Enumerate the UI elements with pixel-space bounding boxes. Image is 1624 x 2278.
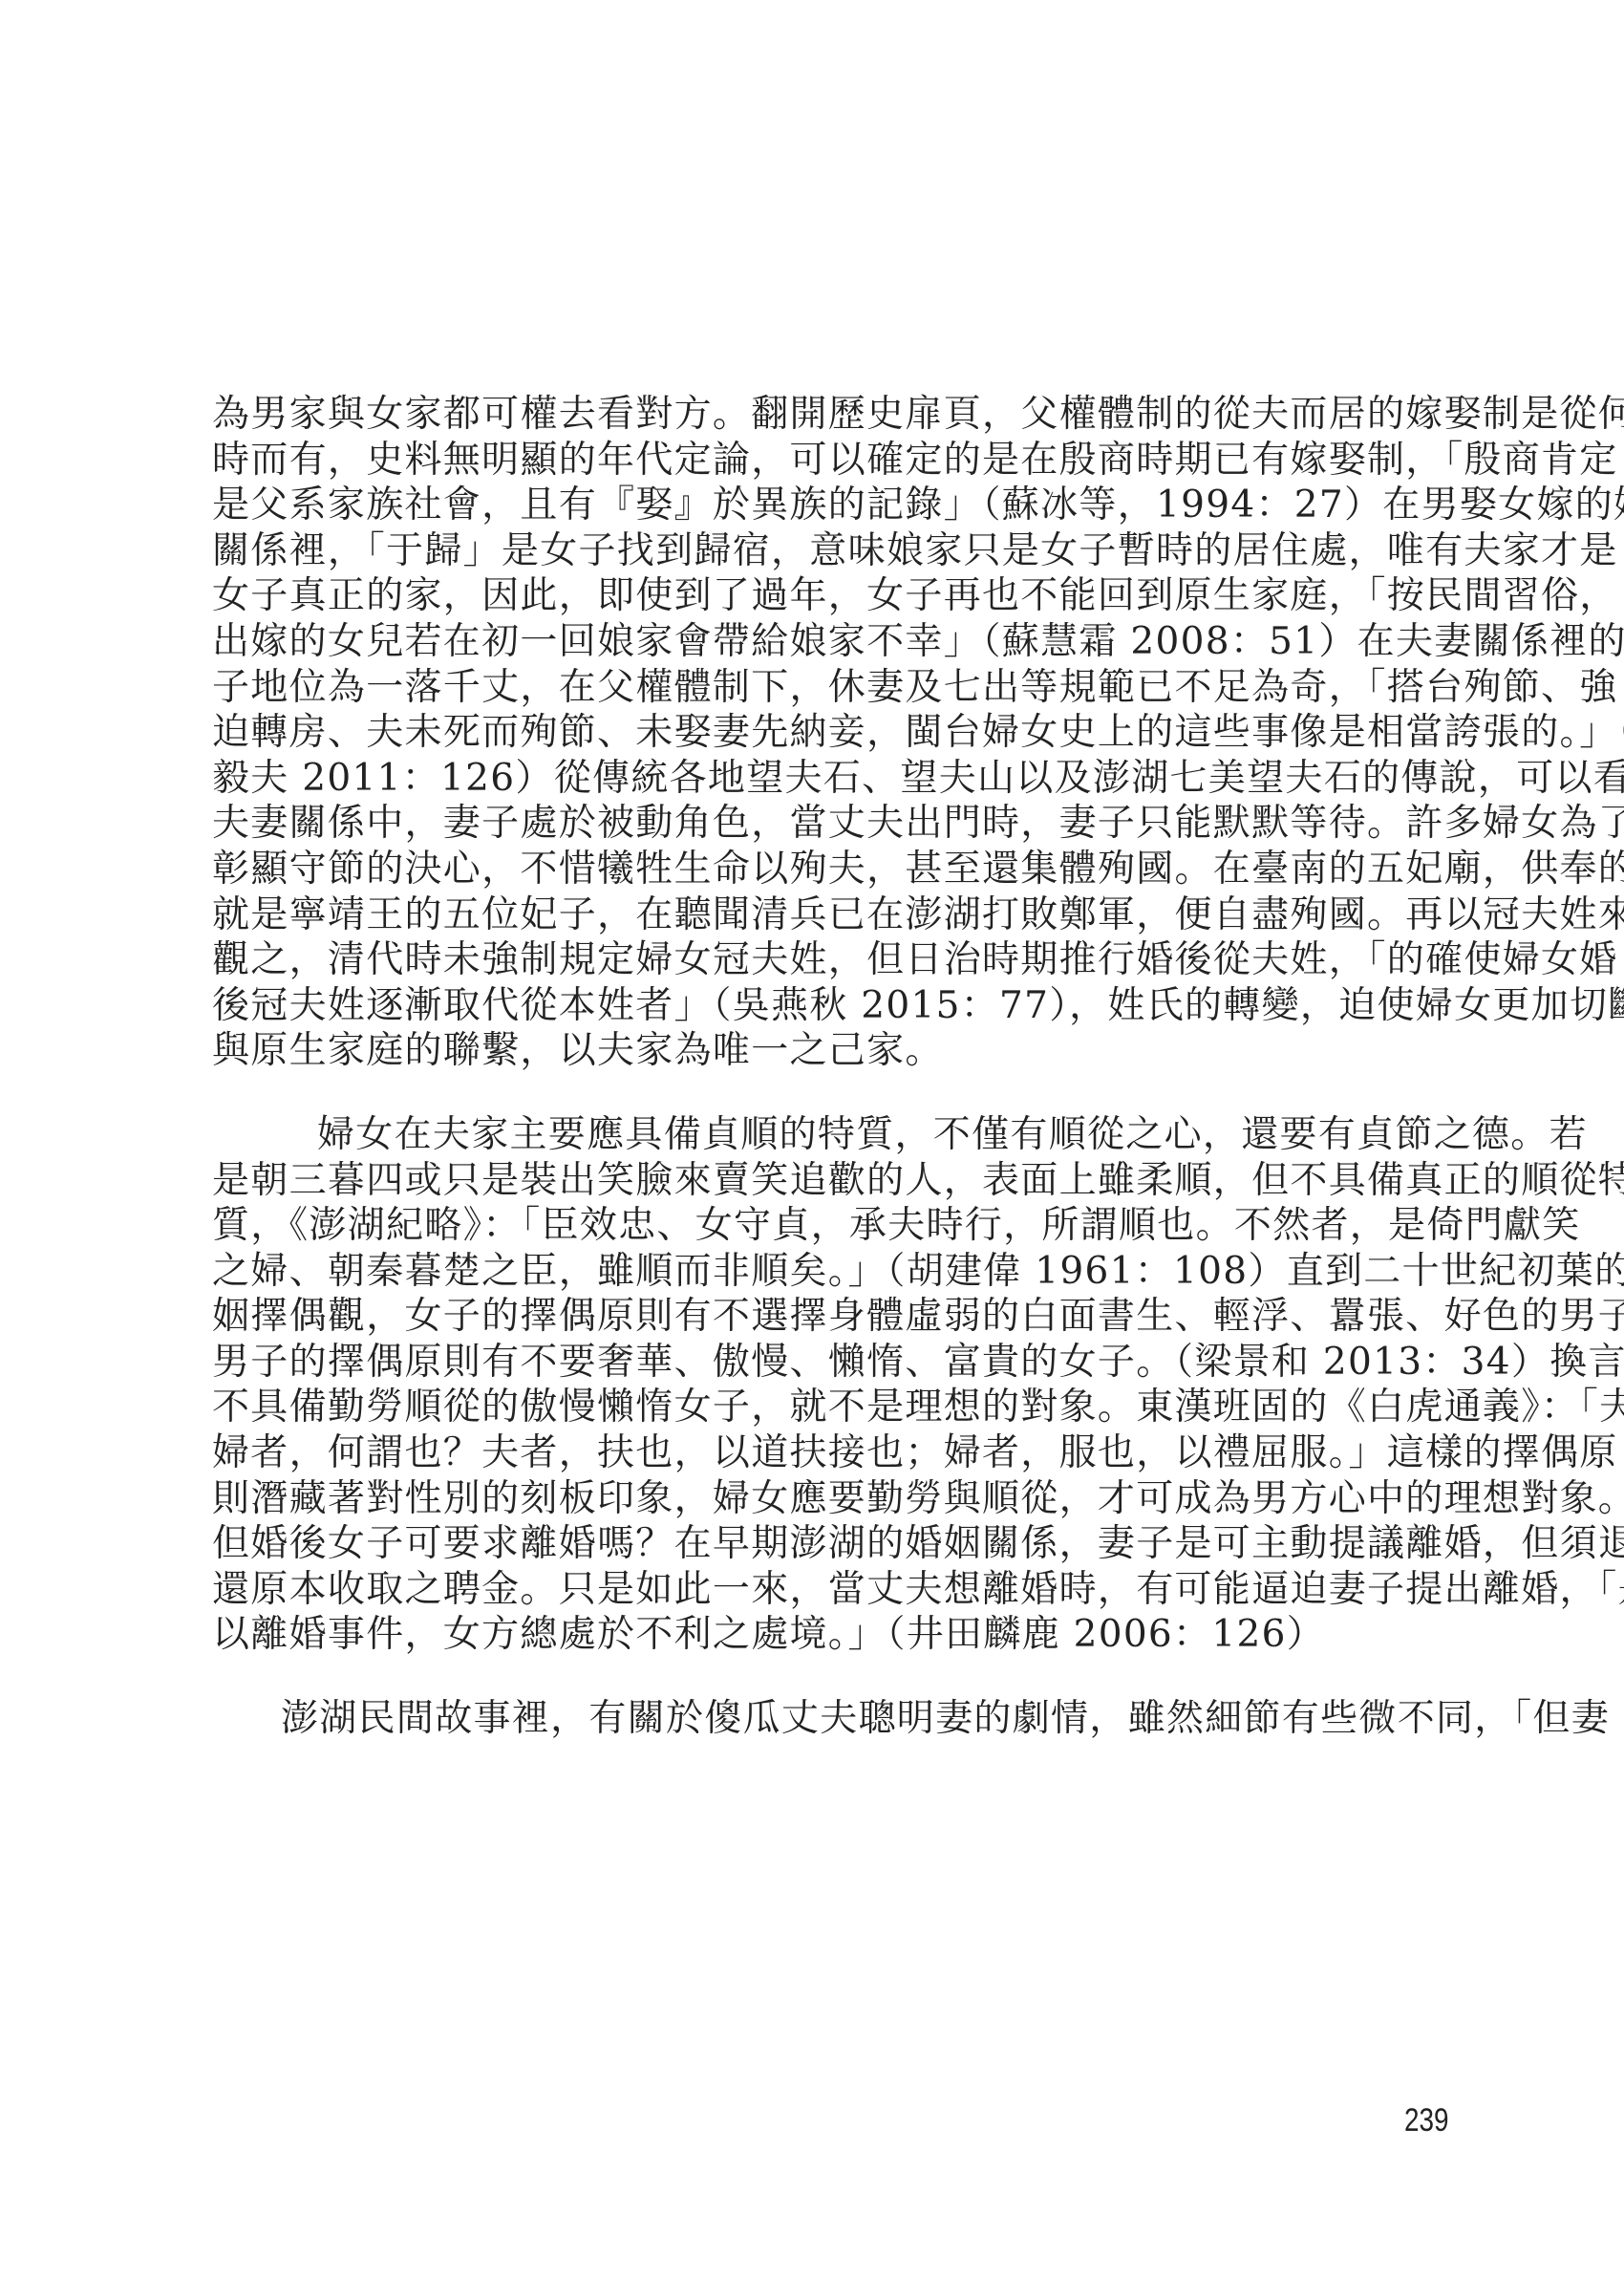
text-line: 是朝三暮四或只是裝出笑臉來賣笑追歡的人，表面上雖柔順，但不具備真正的順從特 xyxy=(212,1158,1444,1204)
text-line: 以離婚事件，女方總處於不利之處境。」（井田麟鹿 2006：126） xyxy=(212,1612,1444,1658)
text-line: 姻擇偶觀，女子的擇偶原則有不選擇身體虛弱的白面書生、輕浮、囂張、好色的男子， xyxy=(212,1294,1444,1340)
text-line: 質，《澎湖紀略》：「臣效忠、女守貞，承夫時行，所謂順也。不然者，是倚門獻笑 xyxy=(212,1203,1444,1249)
page-number: 239 xyxy=(1404,2102,1449,2139)
text-line: 時而有，史料無明顯的年代定論，可以確定的是在殷商時期已有嫁娶制，「殷商肯定 xyxy=(212,438,1444,484)
text-line: 是父系家族社會，且有『娶』於異族的記錄」（蘇冰等，1994：27）在男娶女嫁的婚… xyxy=(212,483,1444,528)
text-line: 毅夫 2011：126）從傳統各地望夫石、望夫山以及澎湖七美望夫石的傳說，可以看… xyxy=(212,756,1444,802)
paragraph-3: 澎湖民間故事裡，有關於傻瓜丈夫聰明妻的劇情，雖然細節有些微不同，「但妻 xyxy=(212,1696,1444,1742)
text-line: 則潛藏著對性別的刻板印象，婦女應要勤勞與順從，才可成為男方心中的理想對象。 xyxy=(212,1476,1444,1522)
text-line: 還原本收取之聘金。只是如此一來，當丈夫想離婚時，有可能逼迫妻子提出離婚，「是 xyxy=(212,1567,1444,1613)
text-line: 不具備勤勞順從的傲慢懶惰女子，就不是理想的對象。東漢班固的《白虎通義》：「夫 xyxy=(212,1385,1444,1430)
text-line: 但婚後女子可要求離婚嗎？在早期澎湖的婚姻關係，妻子是可主動提議離婚，但須退 xyxy=(212,1521,1444,1567)
text-line: 婦者，何謂也？夫者，扶也，以道扶接也；婦者，服也，以禮屈服。」這樣的擇偶原 xyxy=(212,1430,1444,1476)
text-line: 為男家與女家都可權去看對方。翻開歷史扉頁，父權體制的從夫而居的嫁娶制是從何 xyxy=(212,392,1444,438)
paragraph-spacer xyxy=(212,1658,1444,1696)
text-line: 出嫁的女兒若在初一回娘家會帶給娘家不幸」（蘇慧霜 2008：51）在夫妻關係裡的… xyxy=(212,619,1444,665)
text-line: 夫妻關係中，妻子處於被動角色，當丈夫出門時，妻子只能默默等待。許多婦女為了 xyxy=(212,801,1444,847)
text-line: 男子的擇偶原則有不要奢華、傲慢、懶惰、富貴的女子。（梁景和 2013：34）換言… xyxy=(212,1340,1444,1386)
text-line: 彰顯守節的決心，不惜犧牲生命以殉夫，甚至還集體殉國。在臺南的五妃廟，供奉的 xyxy=(212,847,1444,892)
text-line: 關係裡，「于歸」是女子找到歸宿，意味娘家只是女子暫時的居住處，唯有夫家才是 xyxy=(212,528,1444,574)
text-line: 就是寧靖王的五位妃子，在聽聞清兵已在澎湖打敗鄭軍，便自盡殉國。再以冠夫姓來 xyxy=(212,892,1444,938)
paragraph-spacer xyxy=(212,1074,1444,1112)
document-body: 為男家與女家都可權去看對方。翻開歷史扉頁，父權體制的從夫而居的嫁娶制是從何 時而… xyxy=(212,392,1444,1742)
text-line: 與原生家庭的聯繫，以夫家為唯一之己家。 xyxy=(212,1028,1444,1074)
text-line: 之婦、朝秦暮楚之臣，雖順而非順矣。」（胡建偉 1961：108）直到二十世紀初葉… xyxy=(212,1249,1444,1295)
text-line: 澎湖民間故事裡，有關於傻瓜丈夫聰明妻的劇情，雖然細節有些微不同，「但妻 xyxy=(212,1696,1444,1742)
text-line: 迫轉房、夫未死而殉節、未娶妻先納妾，閩台婦女史上的這些事像是相當誇張的。」（汪 xyxy=(212,710,1444,756)
text-line: 女子真正的家，因此，即使到了過年，女子再也不能回到原生家庭，「按民間習俗， xyxy=(212,573,1444,619)
text-line: 婦女在夫家主要應具備貞順的特質，不僅有順從之心，還要有貞節之德。若 xyxy=(212,1112,1444,1158)
text-line: 觀之，清代時未強制規定婦女冠夫姓，但日治時期推行婚後從夫姓，「的確使婦女婚 xyxy=(212,937,1444,983)
paragraph-1: 為男家與女家都可權去看對方。翻開歷史扉頁，父權體制的從夫而居的嫁娶制是從何 時而… xyxy=(212,392,1444,1074)
text-line: 後冠夫姓逐漸取代從本姓者」（吳燕秋 2015：77），姓氏的轉變，迫使婦女更加切… xyxy=(212,983,1444,1029)
text-line: 子地位為一落千丈，在父權體制下，休妻及七出等規範已不足為奇，「搭台殉節、強 xyxy=(212,665,1444,711)
paragraph-2: 婦女在夫家主要應具備貞順的特質，不僅有順從之心，還要有貞節之德。若 是朝三暮四或… xyxy=(212,1112,1444,1658)
